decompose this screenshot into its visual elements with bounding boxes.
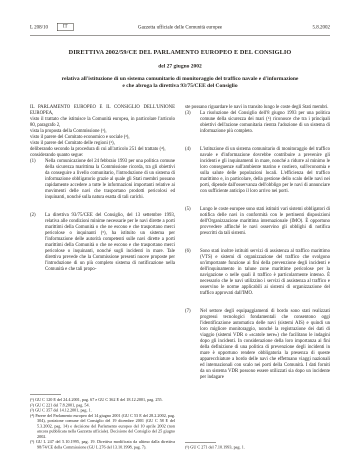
recital-7: (7) Nel settore degli equipaggiamenti di… <box>185 308 330 380</box>
footnote-rule <box>185 442 216 443</box>
footnote-rule <box>30 395 61 396</box>
recital-text: Nel settore degli equipaggiamenti di bor… <box>200 308 330 380</box>
recital-6: (6) Sono stati inoltre istituiti servizi… <box>185 248 330 296</box>
footnote-1: (¹) GU C 120 E del 24.4.2001, pag. 67 e … <box>30 398 175 403</box>
directive-date-line: del 27 giugno 2002 <box>30 63 330 69</box>
recital-number: (4) <box>185 146 200 194</box>
directive-title: DIRETTIVA 2002/59/CE DEL PARLAMENTO EURO… <box>30 49 330 57</box>
recital-text: La risoluzione del Consiglio dell'8 giug… <box>200 110 330 134</box>
footnote-4: (⁴) Parere del Parlamento europeo del 14… <box>30 413 175 439</box>
header-left: L 208/10 IT <box>30 23 115 31</box>
recital-text: Lungo le coste europee sono stati istitu… <box>200 206 330 236</box>
recital-text: Nella comunicazione del 24 febbraio 1993… <box>45 158 175 200</box>
two-column-body: IL PARLAMENTO EUROPEO E IL CONSIGLIO DEL… <box>30 104 330 451</box>
footnote-5: (⁵) GU L 247 del 5.10.1995, pag. 19. Dir… <box>30 440 175 451</box>
page-number: L 208/10 <box>30 24 48 31</box>
footnotes-left: (¹) GU C 120 E del 24.4.2001, pag. 67 e … <box>30 395 175 452</box>
issue-date: 5.8.2002 <box>245 24 330 31</box>
recital-text: La direttiva 93/75/CEE del Consiglio, de… <box>45 212 175 272</box>
recital-number: (1) <box>30 158 45 200</box>
recital-2: (2) La direttiva 93/75/CEE del Consiglio… <box>30 212 175 272</box>
left-column: IL PARLAMENTO EUROPEO E IL CONSIGLIO DEL… <box>30 104 175 451</box>
page-header: L 208/10 IT Gazzetta ufficiale delle Com… <box>30 23 330 31</box>
journal-page: L 208/10 IT Gazzetta ufficiale delle Com… <box>0 0 360 466</box>
header-rule <box>30 35 330 36</box>
recital-number: (5) <box>185 206 200 236</box>
language-badge: IT <box>57 23 73 31</box>
recital-number: (7) <box>185 308 200 380</box>
preamble-parties: IL PARLAMENTO EUROPEO E IL CONSIGLIO DEL… <box>30 104 175 116</box>
footnote-6: (⁶) GU C 271 del 7.10.1993, pag. 1. <box>185 445 330 450</box>
recital-1: (1) Nella comunicazione del 24 febbraio … <box>30 158 175 200</box>
recital-text: L'istituzione di un sistema comunitario … <box>200 146 330 194</box>
directive-title-block: DIRETTIVA 2002/59/CE DEL PARLAMENTO EURO… <box>30 49 330 90</box>
journal-title: Gazzetta ufficiale delle Comunità europe… <box>115 24 245 31</box>
recital-3: (3) La risoluzione del Consiglio dell'8 … <box>185 110 330 134</box>
recital-number: (6) <box>185 248 200 296</box>
recital-5: (5) Lungo le coste europee sono stati is… <box>185 206 330 236</box>
directive-subtitle: relativa all'istituzione di un sistema c… <box>30 76 330 90</box>
recital-number: (2) <box>30 212 45 272</box>
recital-4: (4) L'istituzione di un sistema comunita… <box>185 146 330 194</box>
footnotes-right: (⁶) GU C 271 del 7.10.1993, pag. 1. <box>185 442 330 451</box>
right-column: ste possano riguardare le navi in transi… <box>185 104 330 451</box>
recital-number: (3) <box>185 110 200 134</box>
preamble-treaty: visto il trattato che istituisce la Comu… <box>30 116 175 128</box>
recital-text: Sono stati inoltre istituiti servizi di … <box>200 248 330 296</box>
